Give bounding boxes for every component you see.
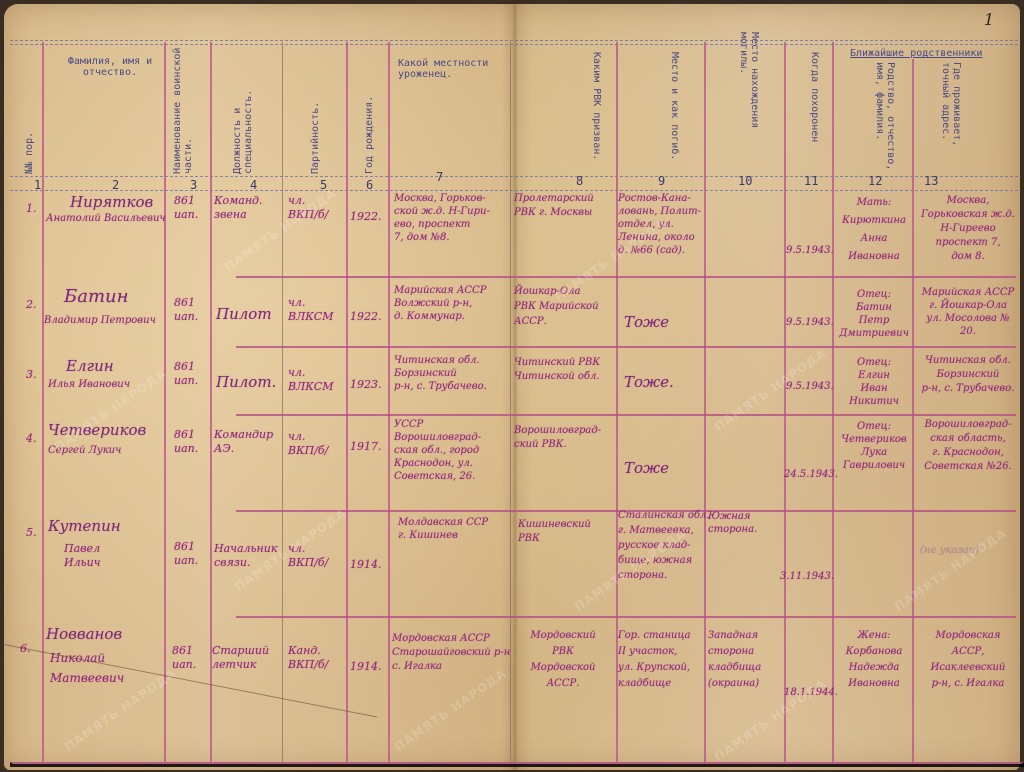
col-rule (832, 42, 834, 764)
relative-address: Мордовская АССР, Исаклеевский р-н, с. Иг… (916, 628, 1020, 692)
given-names: Владимир Петрович (44, 314, 156, 328)
rvk: Кишиневский РВК (518, 518, 591, 546)
unit: 861 иап. (174, 540, 198, 568)
death-place: Тоже (624, 460, 669, 477)
row-number: 1. (26, 202, 37, 216)
relative-address: Марийская АССР г. Йошкар-Ола ул. Мосолов… (916, 286, 1020, 338)
column-number: 2 (112, 178, 119, 192)
row-separator (236, 346, 1016, 348)
column-header-1: №№ пор. (24, 54, 35, 174)
column-number: 13 (924, 174, 938, 188)
col-rule (704, 42, 706, 764)
page-number: 1 (984, 10, 994, 29)
column-header-8: Каким РВК призван. (591, 52, 602, 162)
watermark: ПАМЯТЬ НАРОДА (552, 217, 669, 304)
birth-year: 1922. (350, 310, 382, 324)
party: Канд. ВКП/б/ (288, 644, 328, 672)
col-rule (42, 42, 44, 764)
grave-location: Западная сторона кладбища (окраина) (708, 628, 761, 692)
given-names: Илья Иванович (48, 378, 130, 392)
column-number: 1 (34, 178, 41, 192)
relative-address: Читинская обл. Борзинский р-н, с. Трубач… (916, 354, 1020, 396)
rvk: Пролетарский РВК г. Москвы (514, 192, 594, 220)
group-header-relatives: Ближайшие родственники (850, 48, 1020, 59)
surname: Новванов (46, 626, 122, 643)
column-number: 8 (576, 174, 583, 188)
col-rule (346, 42, 348, 764)
relative-address: Москва, Горьковская ж.д. Н-Гиреево просп… (916, 194, 1020, 264)
burial-date: 9.5.1943. (786, 316, 834, 330)
position: Старший летчик (212, 644, 269, 672)
column-number: 7 (436, 170, 443, 184)
relative: Отец: Елгин Иван Никитич (836, 356, 912, 408)
row-number: 3. (26, 368, 37, 382)
column-number: 3 (190, 178, 197, 192)
given-names: Анатолий Васильевич (46, 212, 166, 226)
death-place: Гор. станица II участок, ул. Крупской, к… (618, 628, 690, 692)
unit: 861 иап. (174, 360, 198, 388)
column-number: 12 (868, 174, 882, 188)
column-header-7: Какой местности уроженец. (398, 58, 508, 80)
column-number: 10 (738, 174, 752, 188)
unit: 861 иап. (174, 296, 198, 324)
surname: Нирятков (70, 194, 153, 211)
col-rule (912, 59, 914, 764)
relative: Отец: Батин Петр Дмитриевич (836, 288, 912, 340)
position: Пилот (216, 306, 272, 323)
column-number: 6 (366, 178, 373, 192)
column-number: 4 (250, 178, 257, 192)
birthplace: Мордовская АССР Старошайговский р-н с. И… (392, 632, 510, 674)
column-header-6: Год рождения. (364, 74, 375, 174)
burial-date: 9.5.1943. (786, 244, 834, 258)
rvk: Читинский РВК Читинской обл. (514, 356, 600, 384)
rvk: Мордовский РВК Мордовской АССР. (518, 628, 608, 692)
given-names: Николай Матвеевич (50, 648, 124, 688)
header-bottom-rule (10, 176, 1018, 177)
rvk: Ворошиловград- ский РВК. (514, 424, 601, 452)
bottom-rule (10, 762, 1024, 767)
given-names: Павел Ильич (64, 542, 101, 570)
birthplace: Читинская обл. Борзинский р-н, с. Трубач… (394, 354, 487, 393)
party: чл. ВЛКСМ (288, 366, 333, 394)
position: Команд. звена (214, 194, 263, 222)
relative: Мать: Кирюткина Анна Ивановна (836, 194, 912, 266)
watermark: ПАМЯТЬ НАРОДА (392, 667, 509, 754)
surname: Кутепин (48, 518, 121, 535)
column-number: 9 (658, 174, 665, 188)
column-header-11: Когда похоронен (809, 52, 820, 162)
column-header-2: Фамилия, имя и отчество. (60, 56, 160, 78)
unit: 861 иап. (174, 194, 198, 222)
watermark: ПАМЯТЬ НАРОДА (892, 527, 1009, 614)
row-number: 4. (26, 432, 37, 446)
birthplace: Молдавская ССР г. Кишинев (398, 516, 488, 542)
relative: Отец: Четвериков Лука Гаврилович (836, 420, 912, 472)
unit: 861 иап. (174, 428, 198, 456)
burial-date: 24.5.1943. (784, 468, 838, 482)
column-number: 11 (804, 174, 818, 188)
birthplace: Москва, Горьков- ской ж.д. Н-Гири- ево, … (394, 192, 490, 244)
position: Командир АЭ. (214, 428, 273, 456)
birth-year: 1914. (350, 558, 382, 572)
surname: Батин (64, 288, 128, 305)
column-header-13: Где проживает, точный адрес. (940, 62, 962, 172)
row-separator (236, 414, 1016, 416)
burial-date: 3.11.1943. (780, 570, 834, 584)
column-header-5: Партийность. (310, 74, 321, 174)
column-header-3: Наименование воинской части. (172, 44, 194, 174)
birthplace: Марийская АССР Волжский р-н, д. Коммунар… (394, 284, 486, 323)
birth-year: 1922. (350, 210, 382, 224)
birth-year: 1923. (350, 378, 382, 392)
header-top-rule-2 (10, 44, 1018, 45)
relative: Жена: Корбанова Надежда Ивановна (836, 628, 912, 692)
column-header-9: Место и как погиб. (669, 52, 680, 162)
unit: 861 иап. (172, 644, 196, 672)
death-place: Тоже. (624, 374, 674, 391)
relative-address: Ворошиловград- ская область, г. Краснодо… (916, 418, 1020, 474)
col-rule (388, 42, 390, 764)
row-separator (236, 616, 1016, 618)
column-header-12: Родство, отчество, имя, фамилия. (874, 62, 896, 172)
grave-location: Южная сторона. (708, 510, 757, 536)
death-place: Тоже (624, 314, 669, 331)
position: Пилот. (216, 374, 276, 391)
col-rule (282, 42, 283, 764)
row-number: 5. (26, 526, 37, 540)
colnum-bottom-rule (10, 190, 1018, 191)
row-number: 2. (26, 298, 37, 312)
col-rule (784, 42, 786, 764)
column-header-10: Место нахождения могилы. (738, 32, 760, 162)
party: чл. ВЛКСМ (288, 296, 333, 324)
birth-year: 1914. (350, 660, 382, 674)
surname: Елгин (66, 358, 114, 375)
document-sheet: 1 №№ пор. Фамилия, имя и отчество. Наиме… (4, 4, 1020, 770)
header-top-rule (10, 40, 1018, 41)
party: чл. ВКП/б/ (288, 430, 328, 458)
column-header-4: Должность и специальность. (232, 44, 254, 174)
row-separator (236, 276, 1016, 278)
col-rule (164, 42, 166, 764)
birth-year: 1917. (350, 440, 382, 454)
birthplace: УССР Ворошиловград- ская обл., город Кра… (394, 418, 481, 483)
